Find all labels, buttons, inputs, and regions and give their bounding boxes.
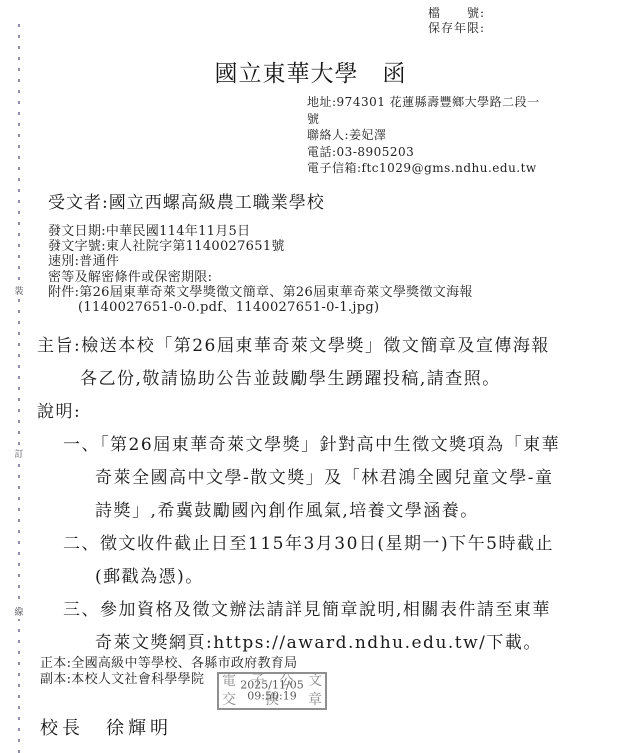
signature-line: 校長 徐輝明 <box>40 714 172 740</box>
explanation-item-1-line-1: 一、「第26屆東華奇萊文學獎」針對高中生徵文獎項為「東華 <box>37 429 597 462</box>
file-number-label: 檔 號: <box>428 6 485 21</box>
official-letter-page: 裝 訂 線 檔 號: 保存年限: 國立東華大學 函 地址:974301 花蓮縣壽… <box>0 0 621 753</box>
explanation-item-3-line-1: 三、參加資格及徵文辦法請詳見簡章說明,相關表件請至東華 <box>37 594 597 627</box>
original-copy-line: 正本:全國高級中等學校、各縣市政府教育局 <box>40 656 297 672</box>
sender-email: 電子信箱:ftc1029@gms.ndhu.edu.tw <box>307 160 540 177</box>
doc-number-line: 發文字號:東人社院字第1140027651號 <box>48 239 473 254</box>
priority-line: 速別:普通件 <box>48 254 473 269</box>
letter-body: 主旨:檢送本校「第26屆東華奇萊文學獎」徵文簡章及宣傳海報 各乙份,敬請協助公告… <box>37 330 597 660</box>
sender-info-block: 地址:974301 花蓮縣壽豐鄉大學路二段一 號 聯絡人:姜妃澤 電話:03-8… <box>307 94 540 177</box>
electronic-exchange-stamp: 電 子 公 文 交 換 章 2025/11/05 09:50:19 <box>217 672 327 710</box>
sender-contact: 聯絡人:姜妃澤 <box>307 127 540 144</box>
binding-mark-xian: 線 <box>14 608 23 619</box>
binding-mark-ding: 訂 <box>14 450 23 461</box>
attachment-line: 附件:第26屆東華奇萊文學獎徵文簡章、第26屆東華奇萊文學獎徵文海報 <box>48 285 473 300</box>
file-number-block: 檔 號: 保存年限: <box>428 6 485 35</box>
issue-date-line: 發文日期:中華民國114年11月5日 <box>48 224 473 239</box>
retention-period-label: 保存年限: <box>428 21 485 36</box>
explanation-heading: 說明: <box>37 396 597 429</box>
sender-address-line2: 號 <box>307 111 540 128</box>
explanation-item-2-line-2: (郵戳為憑)。 <box>37 561 597 594</box>
stamp-char: 電 <box>222 674 236 689</box>
sender-phone: 電話:03-8905203 <box>307 144 540 161</box>
document-meta-block: 發文日期:中華民國114年11月5日 發文字號:東人社院字第1140027651… <box>48 224 473 315</box>
explanation-item-1-line-2: 奇萊全國高中文學-散文獎」及「林君鴻全國兒童文學-童 <box>37 462 597 495</box>
stamp-time: 09:50:19 <box>240 691 303 702</box>
stamp-char: 交 <box>222 693 236 708</box>
binding-mark-zhuang: 裝 <box>14 287 23 298</box>
sender-address-line1: 地址:974301 花蓮縣壽豐鄉大學路二段一 <box>307 94 540 111</box>
binding-dotted-line <box>18 24 20 753</box>
subject-line-2: 各乙份,敬請協助公告並鼓勵學生踴躍投稿,請查照。 <box>37 363 597 396</box>
stamp-timestamp: 2025/11/05 09:50:19 <box>240 681 303 702</box>
stamp-char: 章 <box>308 693 322 708</box>
attachment-files-line: (1140027651-0-0.pdf、1140027651-0-1.jpg) <box>48 300 473 315</box>
security-line: 密等及解密條件或保密期限: <box>48 270 473 285</box>
explanation-item-1-line-3: 詩獎」,希冀鼓勵國內創作風氣,培養文學涵養。 <box>37 495 597 528</box>
recipient-line: 受文者:國立西螺高級農工職業學校 <box>48 188 325 213</box>
subject-line-1: 主旨:檢送本校「第26屆東華奇萊文學獎」徵文簡章及宣傳海報 <box>37 330 597 363</box>
explanation-item-2-line-1: 二、徵文收件截止日至115年3月30日(星期一)下午5時截止 <box>37 528 597 561</box>
letter-title: 國立東華大學 函 <box>0 55 621 88</box>
stamp-char: 文 <box>308 674 322 689</box>
